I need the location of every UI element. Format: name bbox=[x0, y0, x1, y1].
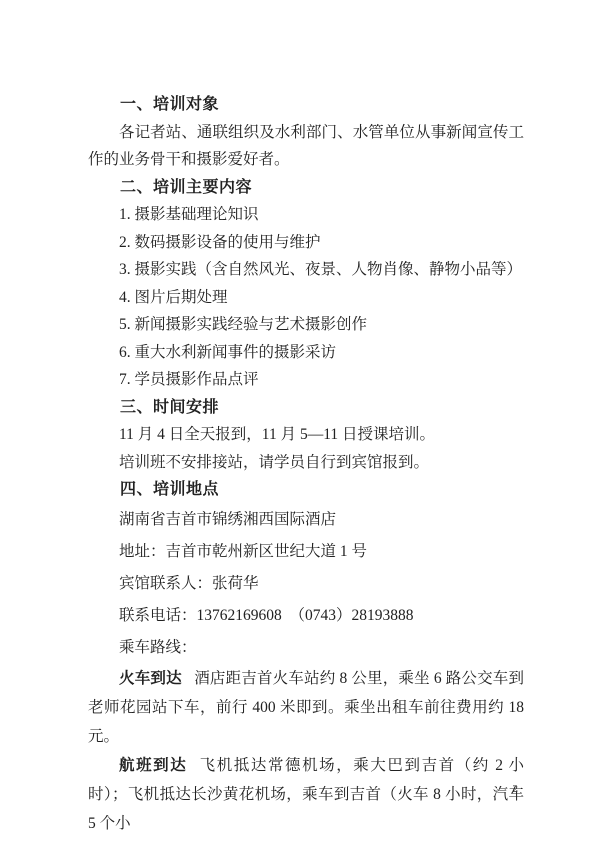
paragraph-training-audience: 各记者站、通联组织及水利部门、水管单位从事新闻宣传工作的业务骨干和摄影爱好者。 bbox=[88, 119, 524, 174]
list-item-4: 4. 图片后期处理 bbox=[88, 284, 524, 312]
section-heading-location: 四、培训地点 bbox=[88, 476, 524, 504]
document-page: 一、培训对象 各记者站、通联组织及水利部门、水管单位从事新闻宣传工作的业务骨干和… bbox=[0, 0, 600, 848]
route-label-flight: 航班到达 bbox=[119, 757, 187, 774]
list-item-1: 1. 摄影基础理论知识 bbox=[88, 201, 524, 229]
paragraph-hotel-contact: 宾馆联系人：张荷华 bbox=[88, 568, 524, 600]
paragraph-route-flight: 航班到达飞机抵达常德机场，乘大巴到吉首（约 2 小时）；飞机抵达长沙黄花机场，乘… bbox=[88, 751, 524, 838]
list-item-2: 2. 数码摄影设备的使用与维护 bbox=[88, 229, 524, 257]
paragraph-schedule-checkin: 培训班不安排接站，请学员自行到宾馆报到。 bbox=[88, 449, 524, 477]
list-item-5: 5. 新闻摄影实践经验与艺术摄影创作 bbox=[88, 311, 524, 339]
route-label-train: 火车到达 bbox=[119, 670, 182, 687]
list-item-6: 6. 重大水利新闻事件的摄影采访 bbox=[88, 339, 524, 367]
list-item-3: 3. 摄影实践（含自然风光、夜景、人物肖像、静物小品等） bbox=[88, 256, 524, 284]
section-heading-schedule: 三、时间安排 bbox=[88, 394, 524, 422]
section-heading-training-audience: 一、培训对象 bbox=[88, 91, 524, 119]
paragraph-schedule-dates: 11 月 4 日全天报到，11 月 5—11 日授课培训。 bbox=[88, 421, 524, 449]
page-number: 2 bbox=[513, 783, 519, 795]
paragraph-contact-phone: 联系电话：13762169608 （0743）28193888 bbox=[88, 600, 524, 632]
paragraph-hotel-address: 地址：吉首市乾州新区世纪大道 1 号 bbox=[88, 536, 524, 568]
paragraph-route-intro: 乘车路线： bbox=[88, 632, 524, 664]
list-item-7: 7. 学员摄影作品点评 bbox=[88, 366, 524, 394]
document-content: 一、培训对象 各记者站、通联组织及水利部门、水管单位从事新闻宣传工作的业务骨干和… bbox=[0, 0, 600, 838]
section-heading-training-content: 二、培训主要内容 bbox=[88, 174, 524, 202]
paragraph-route-train: 火车到达酒店距吉首火车站约 8 公里，乘坐 6 路公交车到老师花园站下车，前行 … bbox=[88, 664, 524, 751]
paragraph-hotel-name: 湖南省吉首市锦绣湘西国际酒店 bbox=[88, 504, 524, 536]
